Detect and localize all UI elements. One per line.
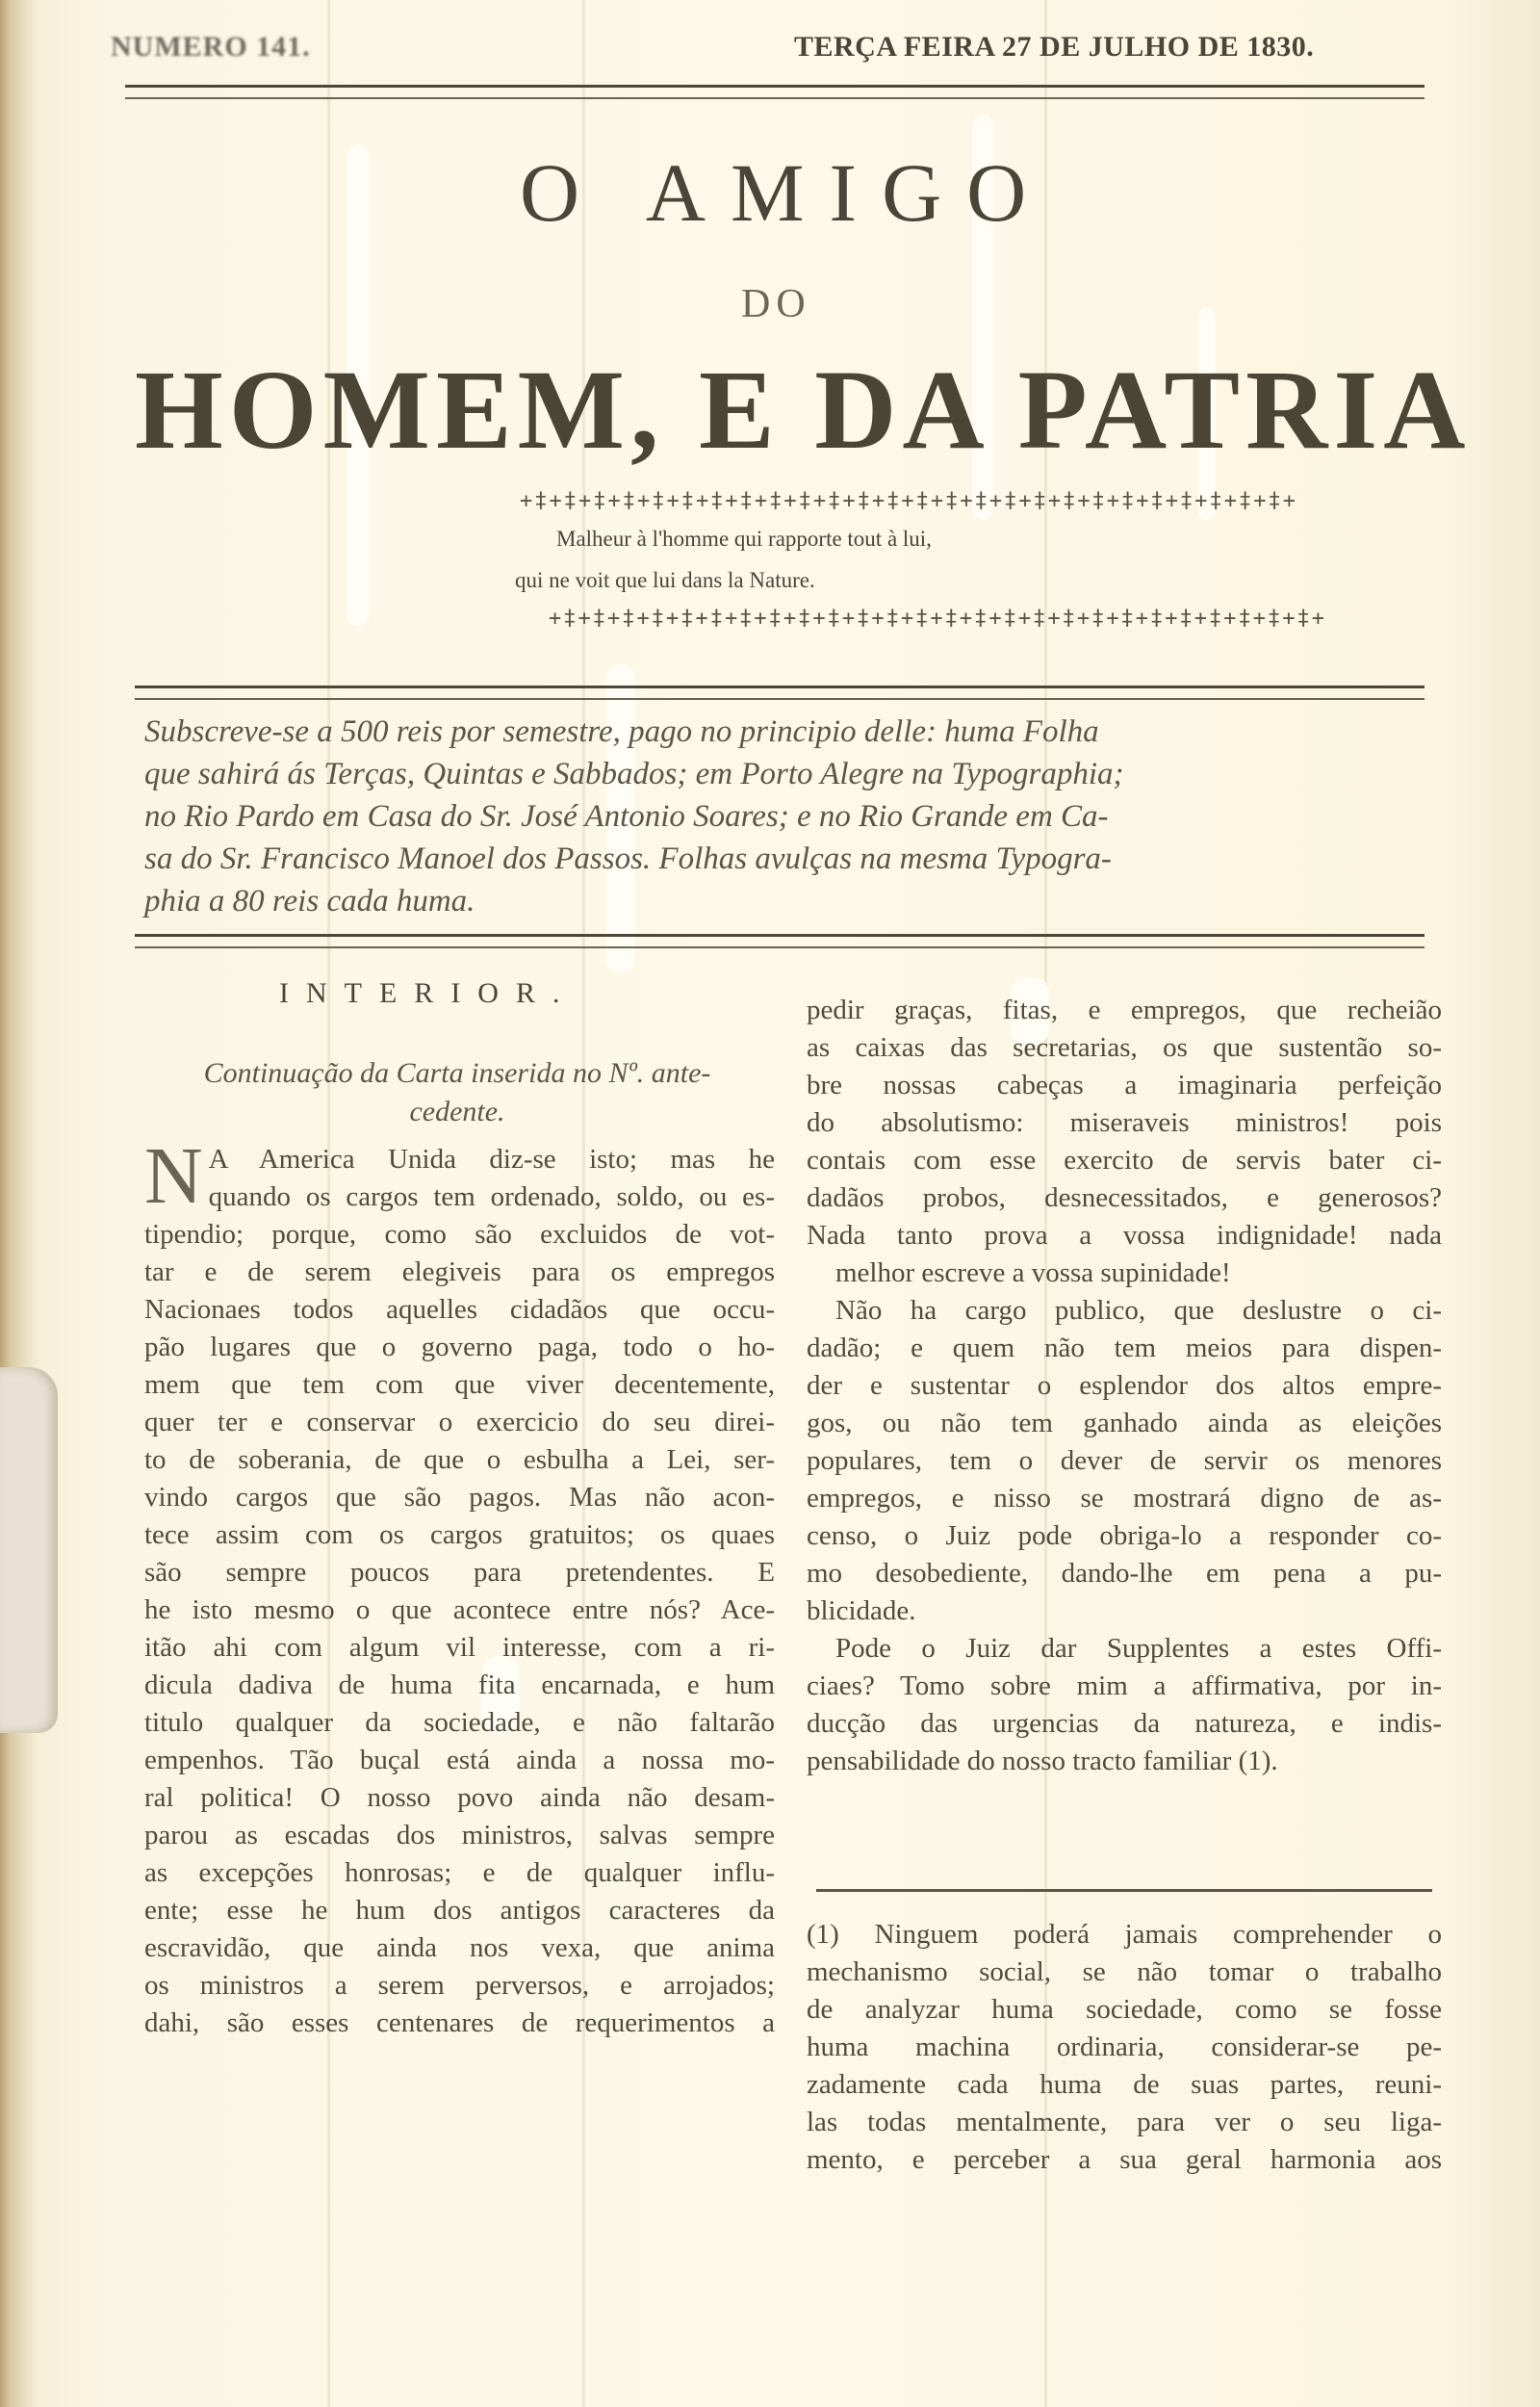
- right-column: pedir graças, fitas, e empregos, que rec…: [807, 992, 1442, 1780]
- text-line: empregos, e nisso se mostrará digno de a…: [807, 1480, 1442, 1517]
- subscription-line: no Rio Pardo em Casa do Sr. José Antonio…: [144, 795, 1434, 838]
- text-line: he isto mesmo o que acontece entre nós? …: [144, 1592, 775, 1629]
- section-rule: [135, 686, 1424, 700]
- title-line-2: DO: [741, 281, 811, 327]
- footnote-line: de analyzar huma sociedade, como se foss…: [807, 1991, 1442, 2029]
- subscription-line: sa do Sr. Francisco Manoel dos Passos. F…: [144, 838, 1434, 880]
- subscription-notice: Subscreve-se a 500 reis por semestre, pa…: [144, 711, 1434, 922]
- text-line: pedir graças, fitas, e empregos, que rec…: [807, 992, 1442, 1029]
- text-line: as excepções honrosas; e de qualquer inf…: [144, 1854, 775, 1892]
- title-line-1: O AMIGO: [520, 144, 1051, 241]
- text-line: mo desobediente, dando-lhe em pena a pu-: [807, 1555, 1442, 1592]
- masthead-header-row: NUMERO 141. TERÇA FEIRA 27 DE JULHO DE 1…: [0, 19, 1540, 67]
- text-line: gos, ou não tem ganhado ainda as eleiçõe…: [807, 1405, 1442, 1442]
- text-line: ral politica! O nosso povo ainda não des…: [144, 1779, 775, 1817]
- text-line: mem que tem com que viver decentemente,: [144, 1366, 775, 1404]
- text-line: empenhos. Tão buçal está ainda a nossa m…: [144, 1742, 775, 1779]
- text-line: to de soberania, de que o esbulha a Lei,…: [144, 1441, 775, 1479]
- text-line: quando os cargos tem ordenado, soldo, ou…: [144, 1178, 775, 1216]
- text-line: Pode o Juiz dar Supplentes a estes Offi-: [807, 1630, 1442, 1668]
- text-line: vindo cargos que são pagos. Mas não acon…: [144, 1479, 775, 1516]
- text-line: itão ahi com algum vil interesse, com a …: [144, 1629, 775, 1667]
- left-column: N A America Unida diz-se isto; mas he qu…: [144, 1141, 775, 2042]
- text-line: dahi, são esses centenares de requerimen…: [144, 2005, 775, 2042]
- text-line: der e sustentar o esplendor dos altos em…: [807, 1367, 1442, 1405]
- text-line: ciaes? Tomo sobre mim a affirmativa, por…: [807, 1668, 1442, 1705]
- article-subtitle-line: cedente.: [144, 1093, 770, 1131]
- footnote-line: las todas mentalmente, para ver o seu li…: [807, 2104, 1442, 2141]
- text-line: escravidão, que ainda nos vexa, que anim…: [144, 1929, 775, 1967]
- text-line: contais com esse exercito de servis bate…: [807, 1142, 1442, 1179]
- text-line: as caixas das secretarias, os que susten…: [807, 1029, 1442, 1067]
- drop-cap: N: [144, 1143, 203, 1210]
- title-line-3: HOMEM, E DA PATRIA: [135, 345, 1471, 476]
- text-line: parou as escadas dos ministros, salvas s…: [144, 1817, 775, 1854]
- text-line: populares, tem o dever de servir os meno…: [807, 1442, 1442, 1480]
- page-edge-shadow: [0, 0, 38, 2407]
- issue-number: NUMERO 141.: [111, 31, 311, 64]
- text-line: bre nossas cabeças a imaginaria perfeiçã…: [807, 1067, 1442, 1104]
- epigraph-line-2: qui ne voit que lui dans la Nature.: [515, 568, 815, 593]
- subscription-line: phia a 80 reis cada huma.: [144, 880, 1434, 922]
- text-line: Nacionaes todos aquelles cidadãos que oc…: [144, 1291, 775, 1329]
- text-line: tipendio; porque, como são excluidos de …: [144, 1216, 775, 1254]
- text-line: tar e de serem elegiveis para os emprego…: [144, 1254, 775, 1291]
- text-line: censo, o Juiz pode obriga-lo a responder…: [807, 1517, 1442, 1555]
- section-title: INTERIOR.: [279, 977, 577, 1010]
- article-subtitle-line: Continuação da Carta inserida no Nº. ant…: [144, 1054, 770, 1093]
- torn-left-margin: [0, 1367, 58, 1733]
- footnote-line: huma machina ordinaria, considerar-se pe…: [807, 2029, 1442, 2066]
- footnote-line: mento, e perceber a sua geral harmonia a…: [807, 2141, 1442, 2179]
- text-line: titulo qualquer da sociedade, e não falt…: [144, 1704, 775, 1742]
- text-line: são sempre poucos para pretendentes. E: [144, 1554, 775, 1592]
- text-line: dadãos probos, desnecessitados, e genero…: [807, 1179, 1442, 1217]
- footnote-line: zadamente cada huma de suas partes, reun…: [807, 2066, 1442, 2104]
- text-line: dicula dadiva de huma fita encarnada, e …: [144, 1667, 775, 1704]
- text-line: dadão; e quem não tem meios para dispen-: [807, 1330, 1442, 1367]
- epigraph-line-1: Malheur à l'homme qui rapporte tout à lu…: [556, 527, 932, 552]
- section-rule: [135, 934, 1424, 948]
- masthead-rule: [125, 85, 1424, 99]
- footnote-line: (1) Ninguem poderá jamais comprehender o: [807, 1916, 1442, 1954]
- text-line: tece assim com os cargos gratuitos; os q…: [144, 1516, 775, 1554]
- text-line: blicidade.: [807, 1592, 1442, 1630]
- article-subtitle: Continuação da Carta inserida no Nº. ant…: [144, 1054, 770, 1131]
- text-line: pensabilidade do nosso tracto familiar (…: [807, 1743, 1442, 1780]
- text-line: ducção das urgencias da natureza, e indi…: [807, 1705, 1442, 1743]
- text-line: Não ha cargo publico, que deslustre o ci…: [807, 1292, 1442, 1330]
- footnote: (1) Ninguem poderá jamais comprehender o…: [807, 1916, 1442, 2179]
- text-line: melhor escreve a vossa supinidade!: [807, 1255, 1442, 1292]
- footnote-line: mechanismo social, se não tomar o trabal…: [807, 1954, 1442, 1991]
- ornamental-rule-top: +‡+‡+‡+‡+‡+‡+‡+‡+‡+‡+‡+‡+‡+‡+‡+‡+‡+‡+‡+‡…: [520, 489, 1297, 513]
- text-line: Nada tanto prova a vossa indignidade! na…: [807, 1217, 1442, 1255]
- text-line: quer ter e conservar o exercicio do seu …: [144, 1404, 775, 1441]
- subscription-line: Subscreve-se a 500 reis por semestre, pa…: [144, 711, 1434, 753]
- text-line: ente; esse he hum dos antigos caracteres…: [144, 1892, 775, 1929]
- footnote-rule: [816, 1889, 1432, 1892]
- ornamental-rule-bottom: +‡+‡+‡+‡+‡+‡+‡+‡+‡+‡+‡+‡+‡+‡+‡+‡+‡+‡+‡+‡…: [549, 607, 1326, 631]
- text-line: os ministros a serem perversos, e arroja…: [144, 1967, 775, 2005]
- subscription-line: que sahirá ás Terças, Quintas e Sabbados…: [144, 753, 1434, 795]
- text-line: pão lugares que o governo paga, todo o h…: [144, 1329, 775, 1366]
- text-line: A America Unida diz-se isto; mas he: [144, 1141, 775, 1178]
- issue-date: TERÇA FEIRA 27 DE JULHO DE 1830.: [794, 31, 1314, 64]
- text-line: do absolutismo: miseraveis ministros! po…: [807, 1104, 1442, 1142]
